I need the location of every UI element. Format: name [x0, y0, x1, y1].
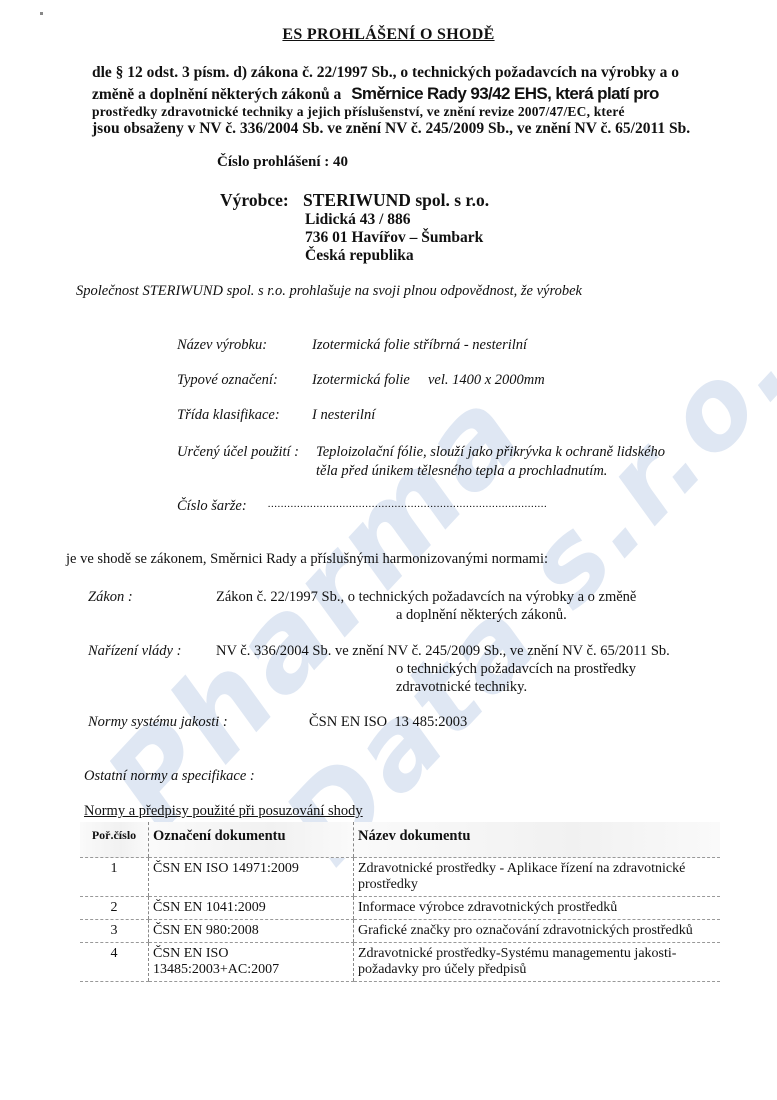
product-purpose-line-1: Teploizolační fólie, slouží jako přikrýv… [316, 444, 665, 461]
gov-regulation-line-2: o technických požadavcích na prostředky [396, 661, 636, 678]
intro-line-2a: změně a doplnění některých zákonů a [92, 86, 341, 103]
row-number: 1 [80, 858, 149, 897]
table-row: 4 ČSN EN ISO 13485:2003+AC:2007 Zdravotn… [80, 943, 720, 982]
product-purpose-line-2: těla před únikem tělesného tepla a proch… [316, 463, 607, 480]
table-row: 1 ČSN EN ISO 14971:2009 Zdravotnické pro… [80, 858, 720, 897]
declaration-number: Číslo prohlášení : 40 [217, 154, 348, 171]
header-document-code: Označení dokumentu [149, 822, 354, 858]
law-line-2: a doplnění některých zákonů. [396, 607, 567, 624]
law-label: Zákon : [88, 589, 133, 606]
product-name-value: Izotermická folie stříbrná - nesterilní [312, 337, 527, 354]
product-type-label: Typové označení: [177, 372, 278, 389]
row-code: ČSN EN ISO 14971:2009 [149, 858, 354, 897]
row-name: Grafické značky pro označování zdravotni… [354, 920, 721, 943]
manufacturer-name: STERIWUND spol. s r.o. [303, 190, 489, 211]
row-code: ČSN EN ISO 13485:2003+AC:2007 [149, 943, 354, 982]
batch-number-field: ........................................… [268, 498, 548, 510]
declaration-number-value: 40 [333, 154, 348, 170]
header-document-name: Název dokumentu [354, 822, 721, 858]
row-number: 4 [80, 943, 149, 982]
row-number: 3 [80, 920, 149, 943]
batch-number-label: Číslo šarže: [177, 498, 247, 515]
gov-regulation-label: Nařízení vlády : [88, 643, 181, 660]
norms-table-header: Poř.číslo Označení dokumentu Název dokum… [80, 822, 720, 858]
row-name: Zdravotnické prostředky - Aplikace řízen… [354, 858, 721, 897]
manufacturer-city: 736 01 Havířov – Šumbark [305, 229, 483, 247]
table-row: 3 ČSN EN 980:2008 Grafické značky pro oz… [80, 920, 720, 943]
conformity-statement: je ve shodě se zákonem, Směrnici Rady a … [66, 551, 548, 568]
manufacturer-label: Výrobce: [220, 190, 289, 211]
manufacturer-street: Lidická 43 / 886 [305, 211, 411, 229]
norms-table: Poř.číslo Označení dokumentu Název dokum… [80, 822, 720, 982]
row-name: Informace výrobce zdravotnických prostře… [354, 897, 721, 920]
product-class-label: Třída klasifikace: [177, 407, 280, 424]
responsibility-statement: Společnost STERIWUND spol. s r.o. prohla… [76, 283, 582, 300]
product-class-value: I nesterilní [312, 407, 375, 424]
header-order-number: Poř.číslo [80, 822, 149, 858]
row-name: Zdravotnické prostředky-Systému manageme… [354, 943, 721, 982]
scan-mark [40, 12, 43, 15]
declaration-number-label: Číslo prohlášení : [217, 154, 329, 170]
manufacturer-country: Česká republika [305, 247, 414, 265]
row-number: 2 [80, 897, 149, 920]
intro-line-3: prostředky zdravotnické techniky a jejic… [92, 104, 625, 120]
other-norms-label: Ostatní normy a specifikace : [84, 768, 255, 785]
gov-regulation-line-3: zdravotnické techniky. [396, 679, 527, 696]
law-line-1: Zákon č. 22/1997 Sb., o technických poža… [216, 589, 636, 606]
quality-norms-value: ČSN EN ISO 13 485:2003 [309, 714, 467, 731]
intro-line-1: dle § 12 odst. 3 písm. d) zákona č. 22/1… [92, 64, 679, 82]
product-name-label: Název výrobku: [177, 337, 267, 354]
quality-norms-label: Normy systému jakosti : [88, 714, 228, 731]
intro-line-2: změně a doplnění některých zákonů a Směr… [92, 84, 659, 104]
product-type-value: Izotermická folie vel. 1400 x 2000mm [312, 372, 545, 389]
intro-line-4: jsou obsaženy v NV č. 336/2004 Sb. ve zn… [92, 120, 690, 138]
intro-line-2b: Směrnice Rady 93/42 EHS, která platí pro [351, 84, 659, 103]
document-title: ES PROHLÁŠENÍ O SHODĚ [0, 26, 777, 44]
table-row: 2 ČSN EN 1041:2009 Informace výrobce zdr… [80, 897, 720, 920]
row-code: ČSN EN 980:2008 [149, 920, 354, 943]
gov-regulation-line-1: NV č. 336/2004 Sb. ve znění NV č. 245/20… [216, 643, 670, 660]
row-code: ČSN EN 1041:2009 [149, 897, 354, 920]
norms-table-caption: Normy a předpisy použité při posuzování … [84, 803, 363, 820]
product-purpose-label: Určený účel použití : [177, 444, 299, 461]
